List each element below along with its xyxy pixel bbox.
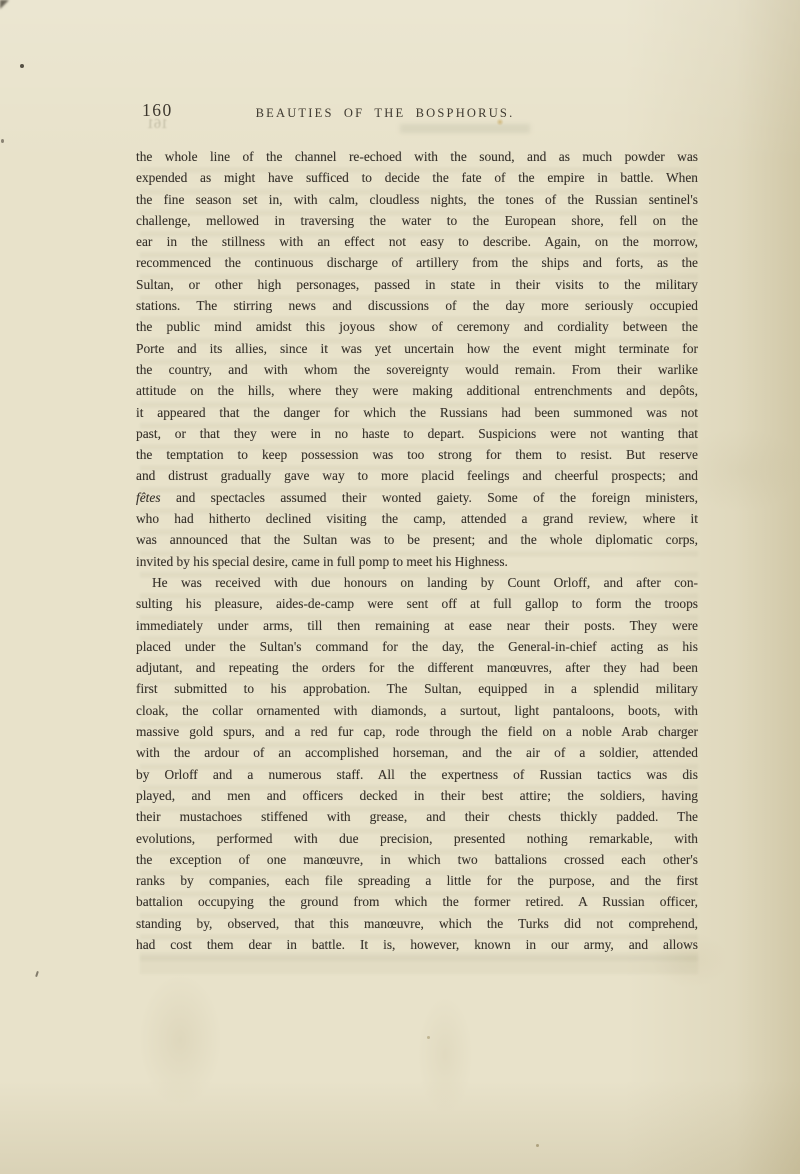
paragraph: the whole line of the channel re-echoed … (136, 146, 698, 572)
scanned-book-page: 161 160 BEAUTIES OF THE BOSPHORUS. the w… (0, 0, 800, 1174)
text-line: ranks by companies, each file spreading … (136, 870, 698, 891)
text-line: had cost them dear in battle. It is, how… (136, 934, 698, 955)
text-line: placed under the Sultan's command for th… (136, 636, 698, 657)
text-line: the temptation to keep possession was to… (136, 444, 698, 465)
text-line: massive gold spurs, and a red fur cap, r… (136, 721, 698, 742)
text-line: it appeared that the danger for which th… (136, 402, 698, 423)
text-line: first submitted to his approbation. The … (136, 678, 698, 699)
text-line: the fine season set in, with calm, cloud… (136, 189, 698, 210)
text-line: by Orloff and a numerous staff. All the … (136, 764, 698, 785)
text-line: cloak, the collar ornamented with diamon… (136, 700, 698, 721)
show-through-smudge (400, 124, 530, 133)
text-line: who had hitherto declined visiting the c… (136, 508, 698, 529)
text-line: challenge, mellowed in traversing the wa… (136, 210, 698, 231)
page-corner-mark (0, 0, 9, 9)
paper-speck (1, 139, 4, 143)
page-body-text: the whole line of the channel re-echoed … (136, 146, 698, 955)
paragraph: He was received with due honours on land… (136, 572, 698, 955)
page-number: 160 (142, 100, 173, 121)
text-line: their mustachoes stiffened with grease, … (136, 806, 698, 827)
text-line: attitude on the hills, where they were m… (136, 380, 698, 401)
paper-speck (427, 1036, 430, 1039)
text-line: was announced that the Sultan was to be … (136, 529, 698, 550)
paper-speck (20, 64, 24, 68)
text-line: expended as might have sufficed to decid… (136, 167, 698, 188)
text-line: the whole line of the channel re-echoed … (136, 146, 698, 167)
text-line: fêtes and spectacles assumed their wonte… (136, 487, 698, 508)
text-line: adjutant, and repeating the orders for t… (136, 657, 698, 678)
text-line: the country, and with whom the sovereign… (136, 359, 698, 380)
text-line: He was received with due honours on land… (136, 572, 698, 593)
text-line: past, or that they were in no haste to d… (136, 423, 698, 444)
text-line: battalion occupying the ground from whic… (136, 891, 698, 912)
text-line: Porte and its allies, since it was yet u… (136, 338, 698, 359)
running-title: BEAUTIES OF THE BOSPHORUS. (256, 106, 515, 121)
text-line: sulting his pleasure, aides-de-camp were… (136, 593, 698, 614)
text-line: played, and men and officers decked in t… (136, 785, 698, 806)
paper-speck (35, 971, 39, 977)
text-line: the public mind amidst this joyous show … (136, 316, 698, 337)
show-through-texture (140, 952, 698, 974)
italic-text: fêtes (136, 490, 161, 505)
paper-speck (536, 1144, 539, 1147)
text-line: recommenced the continuous discharge of … (136, 252, 698, 273)
text-line: with the ardour of an accomplished horse… (136, 742, 698, 763)
text-line: invited by his special desire, came in f… (136, 551, 698, 572)
text-line: and distrust gradually gave way to more … (136, 465, 698, 486)
text-line: Sultan, or other high personages, passed… (136, 274, 698, 295)
text-line: standing by, observed, that this manœuvr… (136, 913, 698, 934)
text-segment: and spectacles assumed their wonted gaie… (161, 490, 698, 505)
text-line: the exception of one manœuvre, in which … (136, 849, 698, 870)
text-line: ear in the stillness with an effect not … (136, 231, 698, 252)
text-line: immediately under arms, till then remain… (136, 615, 698, 636)
text-line: stations. The stirring news and discussi… (136, 295, 698, 316)
text-line: evolutions, performed with due precision… (136, 828, 698, 849)
